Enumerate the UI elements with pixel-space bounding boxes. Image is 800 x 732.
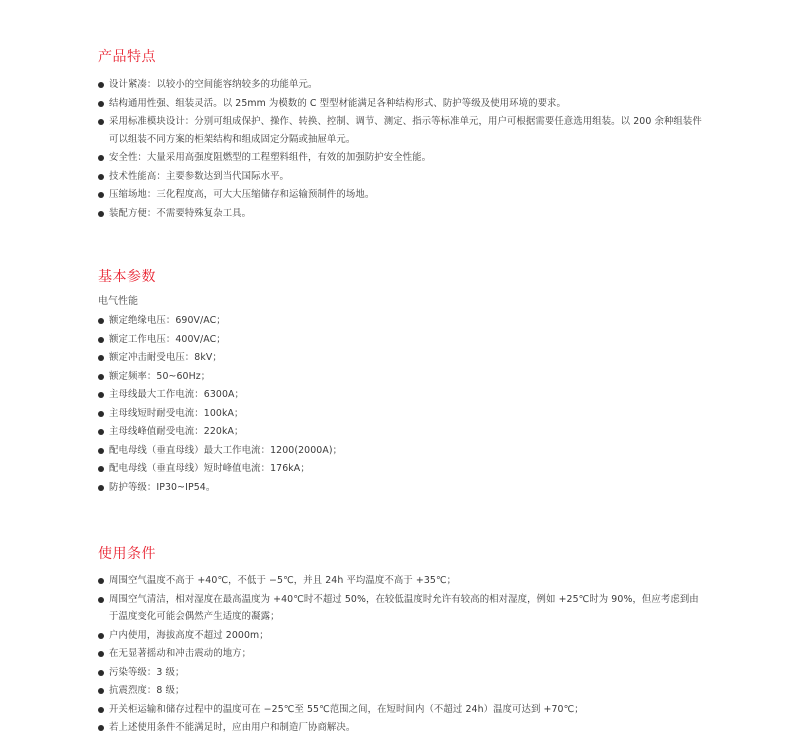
list-item: 采用标准模块设计：分别可组成保护、操作、转换、控制、调节、测定、指示等标准单元，…: [98, 113, 708, 148]
list-item: 额定绝缘电压：690V/AC；: [98, 312, 708, 330]
bullet-icon: [98, 466, 104, 472]
bullet-icon: [98, 429, 104, 435]
list-item: 抗震烈度：8 级；: [98, 682, 708, 700]
bullet-icon: [98, 174, 104, 180]
section-title: 基本参数: [98, 268, 708, 286]
list-item: 在无显著摇动和冲击震动的地方；: [98, 645, 708, 663]
section-title: 产品特点: [98, 48, 708, 66]
list-item: 若上述使用条件不能满足时，应由用户和制造厂协商解决。: [98, 719, 708, 732]
list-item: 额定冲击耐受电压：8kV；: [98, 349, 708, 367]
bullet-icon: [98, 411, 104, 417]
list-item: 周围空气清洁，相对湿度在最高温度为 +40℃时不超过 50%，在较低温度时允许有…: [98, 591, 708, 626]
bullet-icon: [98, 101, 104, 107]
list-item: 额定工作电压：400V/AC；: [98, 331, 708, 349]
subheading-electrical-performance: 电气性能: [98, 295, 708, 309]
bullet-icon: [98, 448, 104, 454]
list-item: 安全性：大量采用高强度阻燃型的工程塑料组件，有效的加强防护安全性能。: [98, 149, 708, 167]
bullet-icon: [98, 211, 104, 217]
list-item: 技术性能高：主要参数达到当代国际水平。: [98, 168, 708, 186]
list-item: 污染等级：3 级；: [98, 664, 708, 682]
bullet-icon: [98, 192, 104, 198]
list-item: 设计紧凑：以较小的空间能容纳较多的功能单元。: [98, 76, 708, 94]
section-title: 使用条件: [98, 545, 708, 563]
list-item: 主母线短时耐受电流：100kA；: [98, 405, 708, 423]
list-item: 配电母线（垂直母线）短时峰值电流：176kA；: [98, 460, 708, 478]
list-item: 开关柜运输和储存过程中的温度可在 −25℃至 55℃范围之间，在短时间内（不超过…: [98, 701, 708, 719]
section-product-features: 产品特点 设计紧凑：以较小的空间能容纳较多的功能单元。 结构通用性强、组装灵活。…: [98, 48, 708, 223]
list-item: 装配方便：不需要特殊复杂工具。: [98, 205, 708, 223]
bullet-icon: [98, 651, 104, 657]
bullet-icon: [98, 670, 104, 676]
list-item: 主母线峰值耐受电流：220kA；: [98, 423, 708, 441]
feature-list: 设计紧凑：以较小的空间能容纳较多的功能单元。 结构通用性强、组装灵活。以 25m…: [98, 76, 708, 222]
bullet-icon: [98, 337, 104, 343]
list-item: 压缩场地：三化程度高，可大大压缩储存和运输预制件的场地。: [98, 186, 708, 204]
list-item: 防护等级：IP30~IP54。: [98, 479, 708, 497]
list-item: 户内使用，海拔高度不超过 2000m；: [98, 627, 708, 645]
list-item: 配电母线（垂直母线）最大工作电流：1200(2000A)；: [98, 442, 708, 460]
list-item: 结构通用性强、组装灵活。以 25mm 为模数的 C 型型材能满足各种结构形式、防…: [98, 95, 708, 113]
section-operating-conditions: 使用条件 周围空气温度不高于 +40℃，不低于 −5℃，并且 24h 平均温度不…: [98, 545, 708, 732]
list-item: 主母线最大工作电流：6300A；: [98, 386, 708, 404]
parameter-list: 额定绝缘电压：690V/AC； 额定工作电压：400V/AC； 额定冲击耐受电压…: [98, 312, 708, 496]
bullet-icon: [98, 82, 104, 88]
list-item: 额定频率：50~60Hz；: [98, 368, 708, 386]
section-basic-parameters: 基本参数 电气性能 额定绝缘电压：690V/AC； 额定工作电压：400V/AC…: [98, 268, 708, 497]
list-item: 周围空气温度不高于 +40℃，不低于 −5℃，并且 24h 平均温度不高于 +3…: [98, 572, 708, 590]
condition-list: 周围空气温度不高于 +40℃，不低于 −5℃，并且 24h 平均温度不高于 +3…: [98, 572, 708, 732]
bullet-icon: [98, 597, 104, 603]
bullet-icon: [98, 633, 104, 639]
bullet-icon: [98, 155, 104, 161]
bullet-icon: [98, 119, 104, 125]
bullet-icon: [98, 688, 104, 694]
bullet-icon: [98, 725, 104, 731]
bullet-icon: [98, 392, 104, 398]
bullet-icon: [98, 707, 104, 713]
bullet-icon: [98, 485, 104, 491]
bullet-icon: [98, 374, 104, 380]
bullet-icon: [98, 355, 104, 361]
bullet-icon: [98, 578, 104, 584]
bullet-icon: [98, 318, 104, 324]
